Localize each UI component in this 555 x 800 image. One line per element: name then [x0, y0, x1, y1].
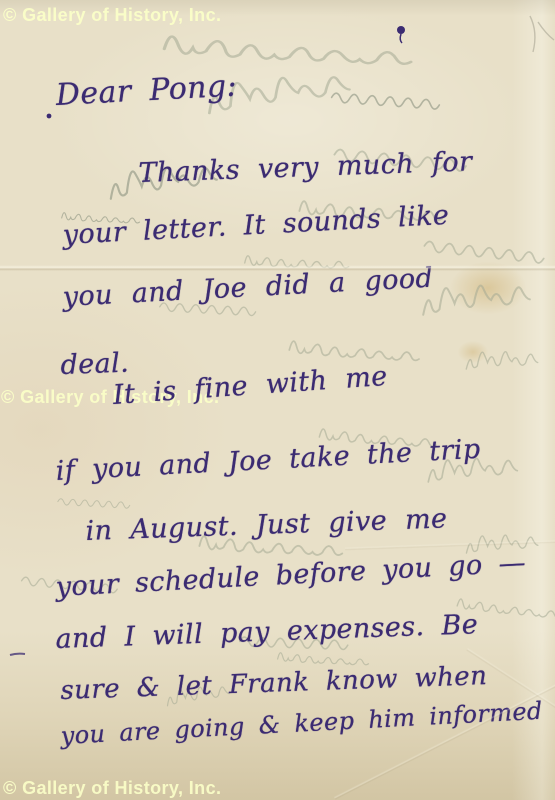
fold-crease-right: [345, 539, 555, 551]
watermark-text-bottom: © Gallery of History, Inc.: [3, 778, 221, 799]
letter-page: © Gallery of History, Inc. © Gallery of …: [0, 0, 555, 800]
fold-crease-diagonal-2: [466, 647, 555, 732]
handwriting-line: your schedule before you go —: [55, 547, 527, 603]
handwriting-line: Thanks very much for: [138, 146, 473, 189]
ink-dash: [10, 654, 25, 655]
ink-blot: [397, 26, 405, 34]
paper-scratch: [530, 16, 535, 52]
watermark-text-middle: © Gallery of History, Inc.: [1, 387, 219, 408]
ink-dot: [47, 114, 52, 119]
handwriting-line: and I will pay expenses. Be: [55, 609, 479, 655]
handwriting-line: if you and Joe take the trip: [55, 434, 481, 487]
paper-scratch: [538, 22, 554, 40]
handwriting-line: in August. Just give me: [85, 503, 448, 547]
handwriting-line: deal.: [60, 348, 130, 381]
ink-blot-tail: [400, 34, 402, 43]
fold-crease-diagonal-1: [334, 674, 555, 800]
handwriting-line: sure & let Frank know when: [60, 661, 488, 706]
handwriting-line: your letter. It sounds like: [62, 200, 450, 251]
watermark-text-top: © Gallery of History, Inc.: [3, 5, 221, 26]
handwriting-line: you are going & keep him informed: [60, 697, 543, 750]
fold-crease-horizontal: [0, 265, 555, 271]
handwriting-line: Dear Pong:: [55, 69, 238, 113]
handwriting-line: you and Joe did a good: [62, 263, 434, 313]
